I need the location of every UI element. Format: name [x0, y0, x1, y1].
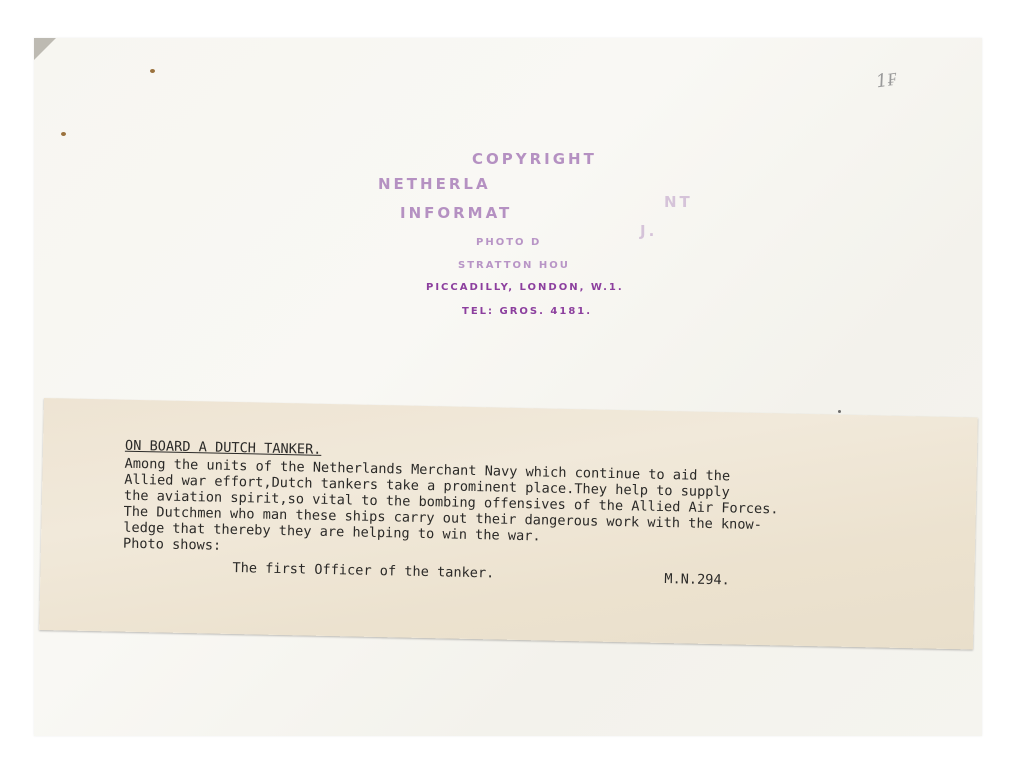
- stamp-piccadilly: PICCADILLY, LONDON, W.1.: [426, 282, 624, 293]
- stamp-line3-right: J.: [640, 222, 657, 240]
- stamp-line2-left: NETHERLA: [378, 175, 491, 193]
- corner-fold: [34, 38, 56, 60]
- foxing-spot: [150, 69, 155, 73]
- stamp-line2-right: NT: [664, 193, 693, 211]
- caption-reference: M.N.294.: [664, 571, 730, 589]
- stamp-stratton: STRATTON HOU: [458, 260, 570, 271]
- caption-line: Photo shows:: [123, 536, 222, 555]
- stamp-line3-left: INFORMAT: [400, 204, 512, 222]
- stamp-tel: TEL: GROS. 4181.: [462, 306, 592, 317]
- stamp-copyright: COPYRIGHT: [472, 150, 597, 168]
- foxing-spot: [61, 132, 66, 136]
- caption-heading: ON BOARD A DUTCH TANKER.: [125, 438, 322, 459]
- caption-label: ON BOARD A DUTCH TANKER. Among the units…: [39, 398, 978, 650]
- foxing-spot: [838, 410, 841, 413]
- pencil-note: 1₣: [875, 69, 898, 93]
- stamp-photo: PHOTO D: [476, 237, 541, 248]
- caption-subject: The first Officer of the tanker.: [232, 560, 494, 582]
